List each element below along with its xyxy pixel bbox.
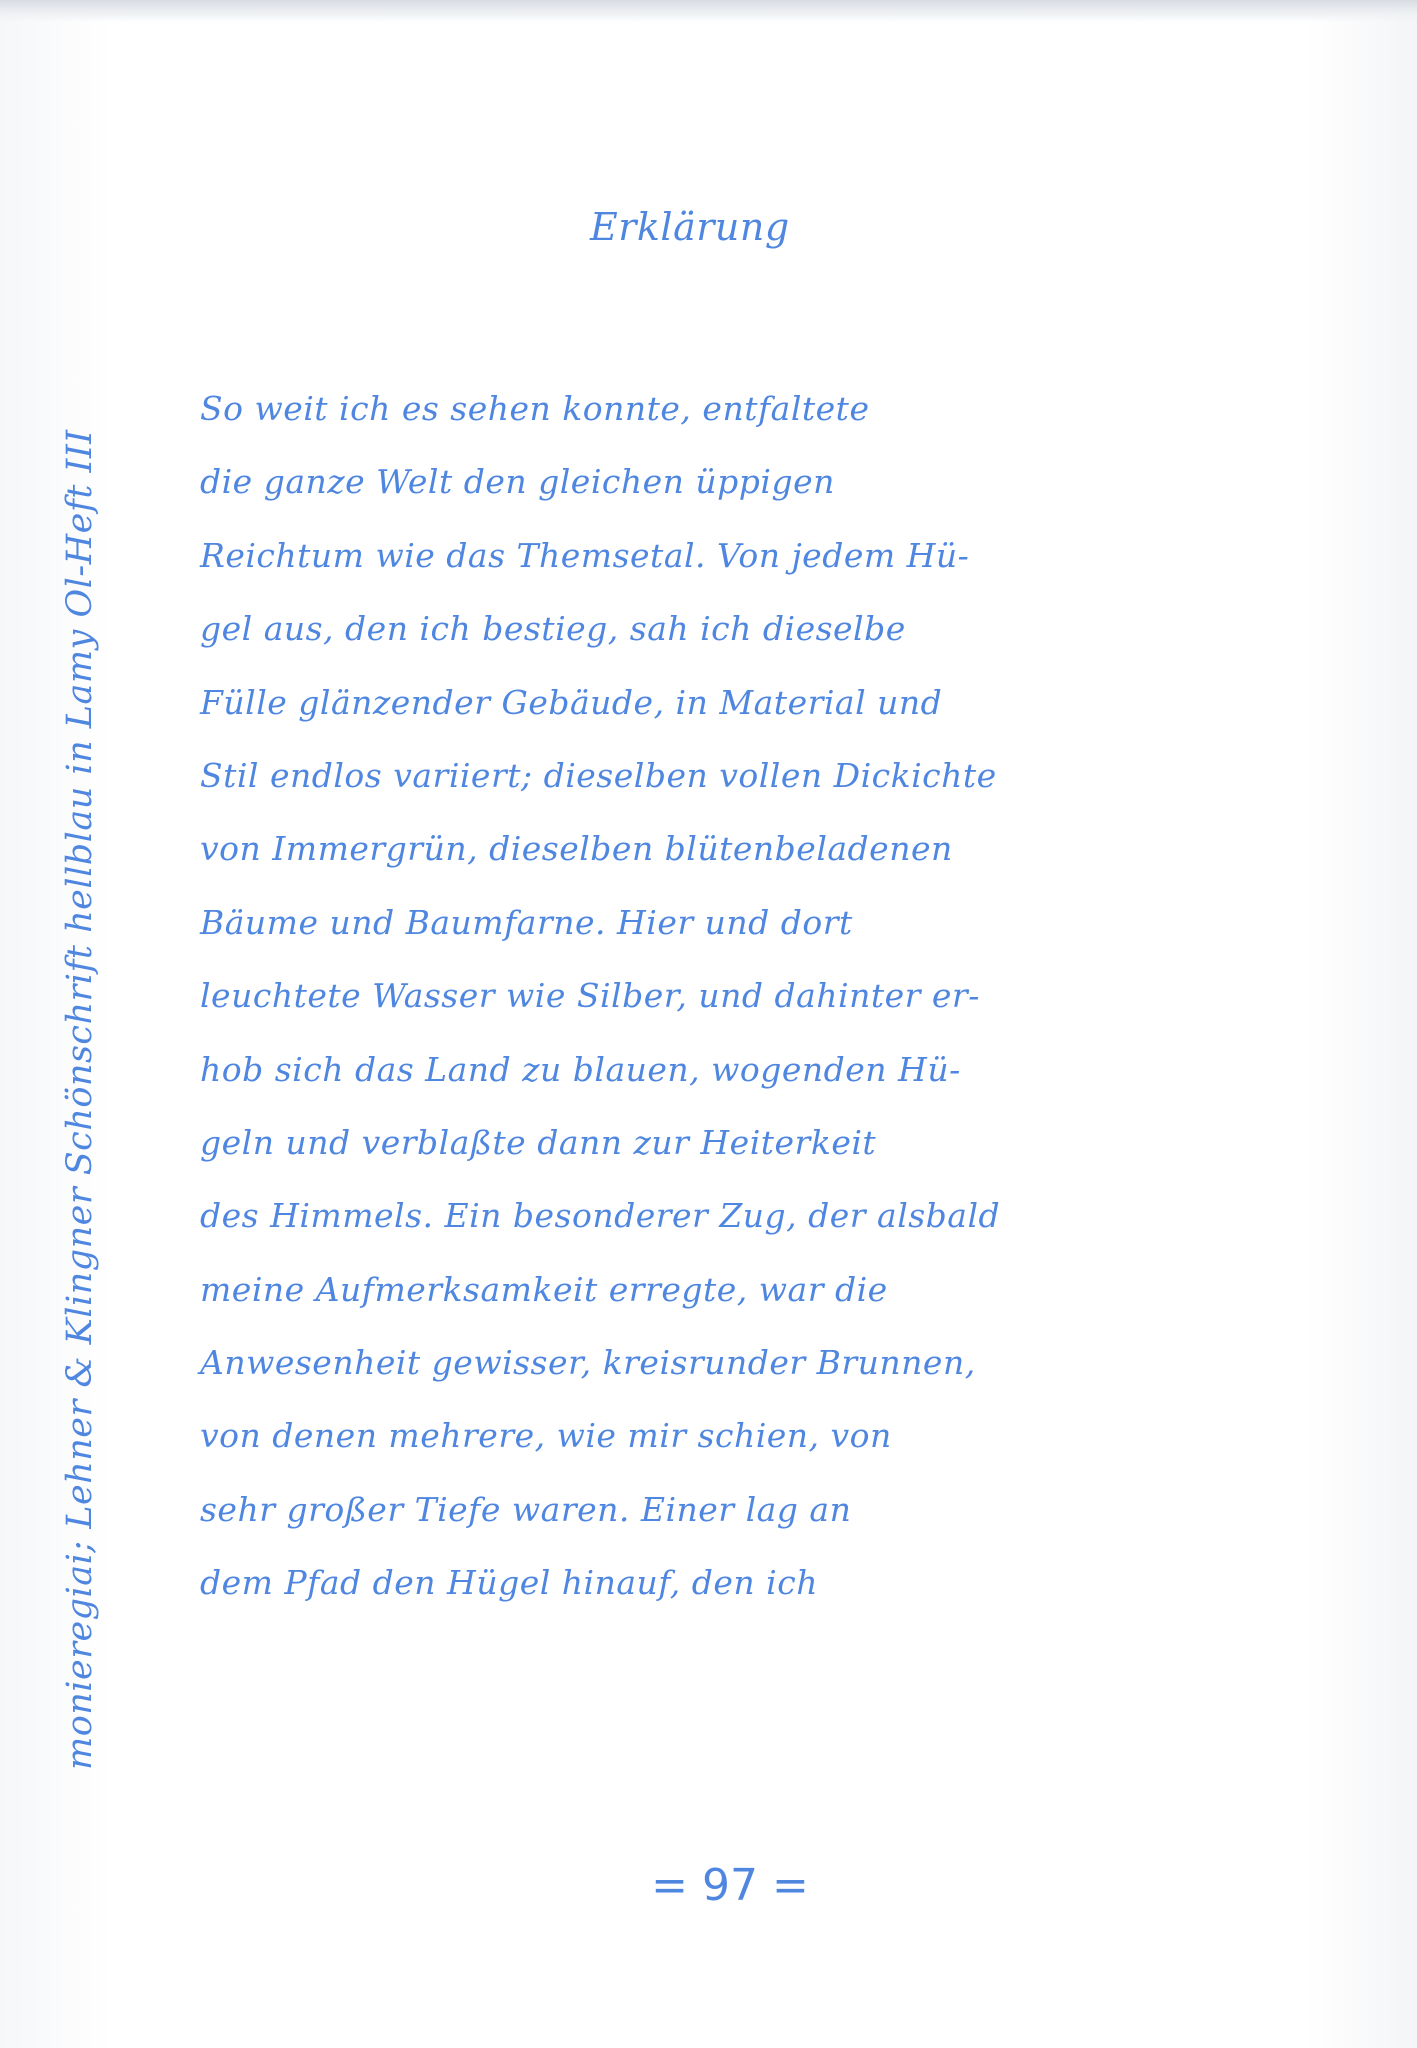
- text-line: sehr großer Tiefe waren. Einer lag an: [200, 1473, 1210, 1546]
- text-line: Stil endlos variiert; dieselben vollen D…: [200, 739, 1210, 812]
- margin-note-vertical: monieregiai; Lehner & Klingner Schönschr…: [60, 110, 100, 1770]
- text-line: von denen mehrere, wie mir schien, von: [200, 1399, 1210, 1472]
- text-line: des Himmels. Ein besonderer Zug, der als…: [200, 1179, 1210, 1252]
- page-top-edge-shadow: [0, 0, 1417, 22]
- text-line: Reichtum wie das Themsetal. Von jedem Hü…: [200, 519, 1210, 592]
- text-line: hob sich das Land zu blauen, wogenden Hü…: [200, 1033, 1210, 1106]
- paper-page: monieregiai; Lehner & Klingner Schönschr…: [0, 0, 1417, 2048]
- text-line: Fülle glänzender Gebäude, in Material un…: [200, 666, 1210, 739]
- text-line: Anwesenheit gewisser, kreisrunder Brunne…: [200, 1326, 1210, 1399]
- text-line: die ganze Welt den gleichen üppigen: [200, 445, 1210, 518]
- text-line: leuchtete Wasser wie Silber, und dahinte…: [200, 959, 1210, 1032]
- text-line: dem Pfad den Hügel hinauf, den ich: [200, 1546, 1210, 1619]
- text-line: meine Aufmerksamkeit erregte, war die: [200, 1253, 1210, 1326]
- text-line: Bäume und Baumfarne. Hier und dort: [200, 886, 1210, 959]
- handwritten-body: So weit ich es sehen konnte, entfaltete …: [200, 372, 1210, 1620]
- page-title: Erklärung: [590, 205, 930, 249]
- page-number: = 97 =: [650, 1860, 810, 1911]
- text-line: So weit ich es sehen konnte, entfaltete: [200, 372, 1210, 445]
- show-through-text: [200, 215, 500, 255]
- text-line: gel aus, den ich bestieg, sah ich diesel…: [200, 592, 1210, 665]
- text-line: geln und verblaßte dann zur Heiterkeit: [200, 1106, 1210, 1179]
- text-line: von Immergrün, dieselben blütenbeladenen: [200, 812, 1210, 885]
